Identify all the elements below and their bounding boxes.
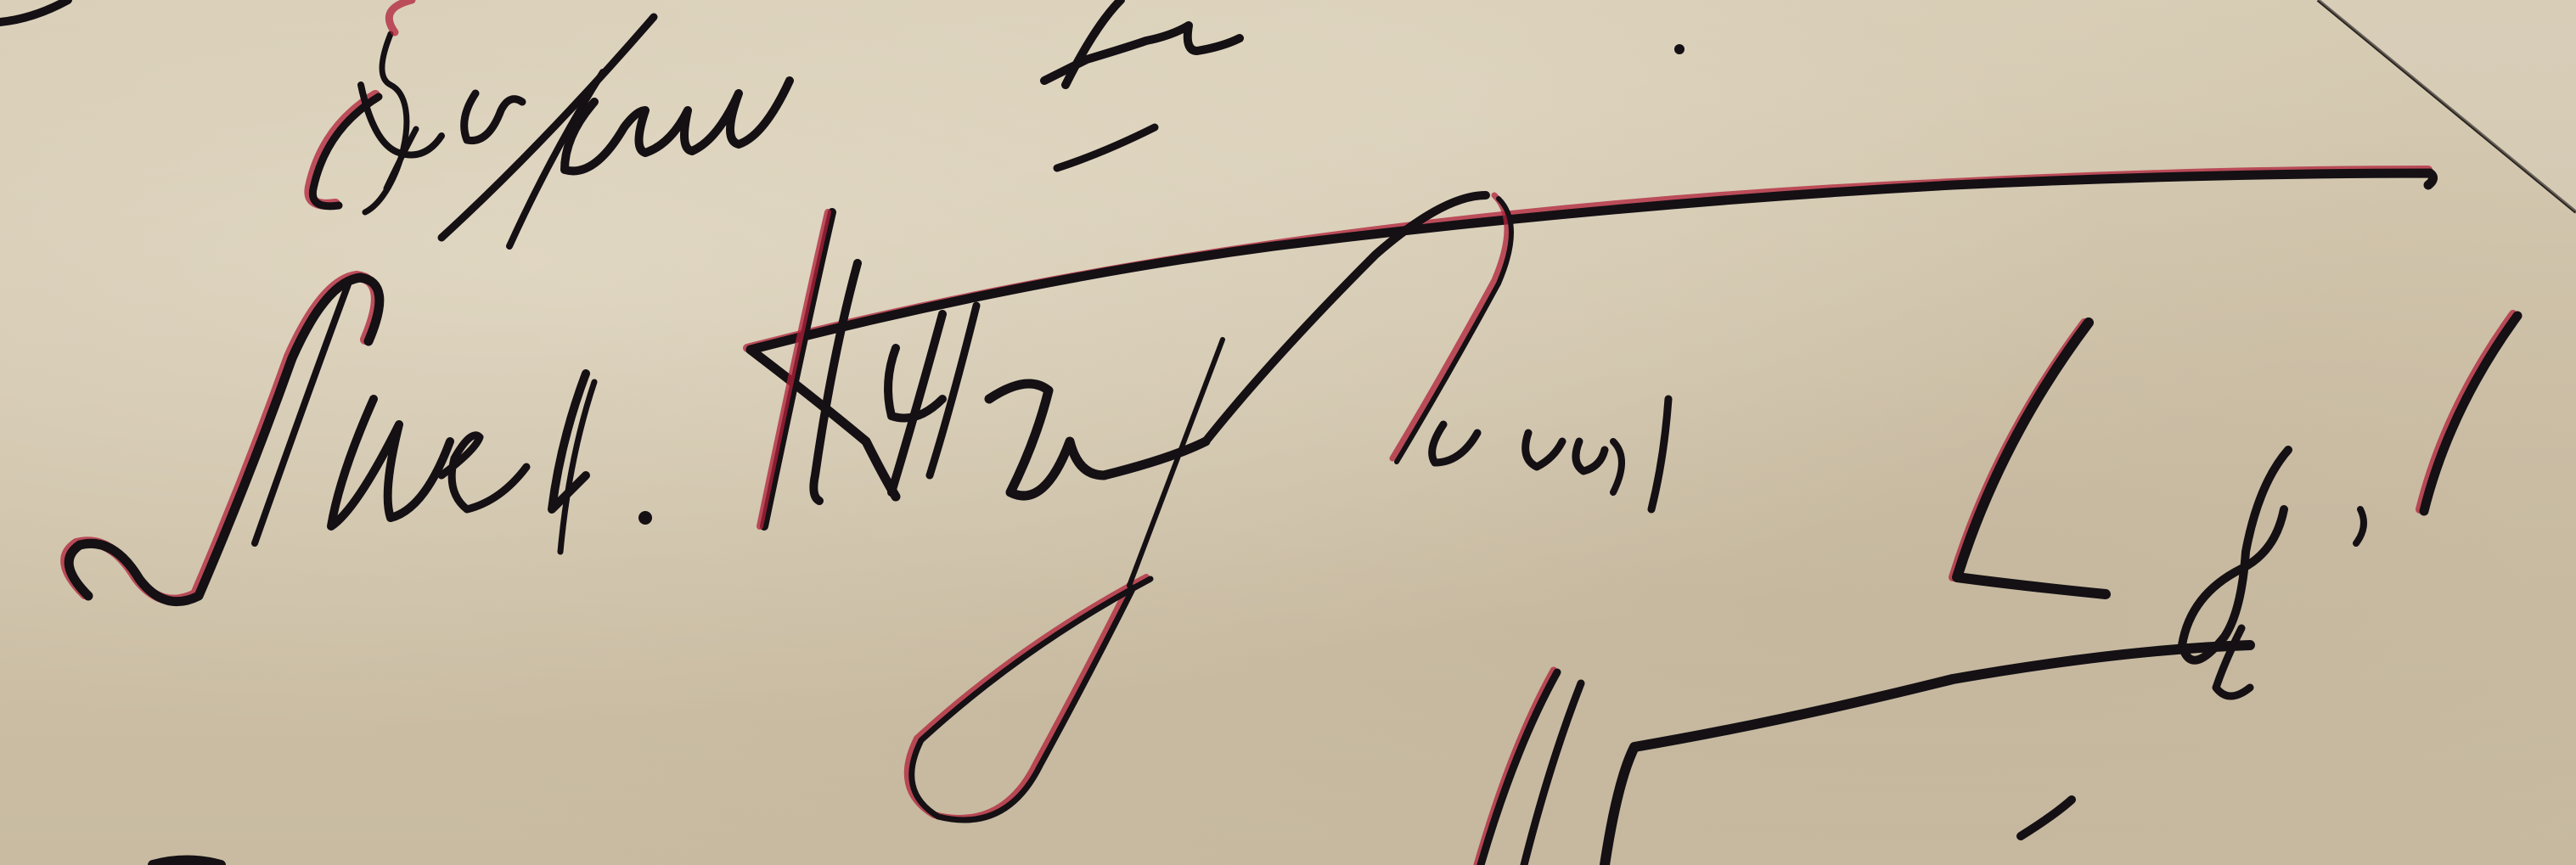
line-2-abbreviation	[65, 276, 652, 602]
signature	[747, 170, 2517, 820]
period-dot	[1674, 44, 1685, 54]
manuscript-page: съ Ухоашен. Алек. Нуховъ 1881 А	[0, 0, 2576, 865]
line-1-handwriting	[309, 0, 1685, 246]
abbreviation-dot	[638, 511, 652, 525]
line-3-handwriting	[153, 645, 2250, 865]
handwriting-strokes	[0, 0, 2576, 865]
corner-stroke	[0, 0, 68, 22]
